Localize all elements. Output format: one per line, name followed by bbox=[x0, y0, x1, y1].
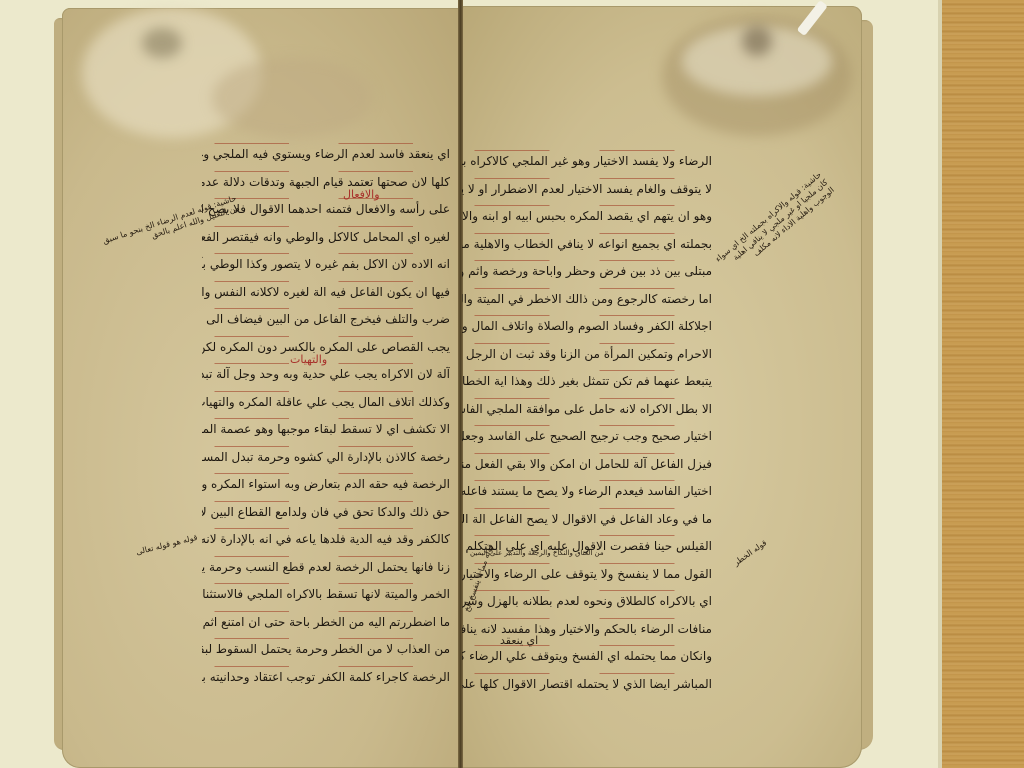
text-line: لا يتوقف والغام يفسد الاختيار لعدم الاضط… bbox=[462, 178, 712, 206]
text-line: اختيار صحيح وجب ترجيح الصحيح على الفاسد … bbox=[462, 425, 712, 453]
text-line: اي بالاكراه كالطلاق ونحوه لعدم بطلانه با… bbox=[462, 590, 712, 618]
closing-phrase: اي ينعقد bbox=[500, 636, 538, 646]
wooden-table-surface bbox=[942, 0, 1024, 768]
text-line: اي ينعقد فاسد لعدم الرضاء ويستوي فيه الم… bbox=[202, 143, 450, 171]
text-line: مبتلى بين ذد بين فرض وحظر واباحة ورخصة و… bbox=[462, 260, 712, 288]
text-line: القول مما لا ينفسخ ولا يتوقف على الرضاء … bbox=[462, 563, 712, 591]
foxing-stain bbox=[212, 58, 372, 138]
text-line: الا بطل الاكراه لانه حامل على موافقة الم… bbox=[462, 398, 712, 426]
text-line: من العذاب لا من الخطر وحرمة يحتمل السقوط… bbox=[202, 638, 450, 666]
text-line: كلها لان صحتها تعتمد قيام الجبهة وتدقات … bbox=[202, 171, 450, 199]
text-line: ما في وعاد الفاعل في الاقوال لا يصح الفا… bbox=[462, 508, 712, 536]
text-line: وانكان مما يحتمله اي الفسخ ويتوقف علي ال… bbox=[462, 645, 712, 673]
text-line: اختيار الفاسد فيعدم الرضاء ولا يصح ما يس… bbox=[462, 480, 712, 508]
text-line: الا تكشف اي لا تسقط لبقاء موجبها وهو عصم… bbox=[202, 418, 450, 446]
text-line: وكذلك اتلاف المال يجب علي عاقلة المكره و… bbox=[202, 391, 450, 419]
rubric-word: والتهيات bbox=[290, 355, 327, 365]
text-line: ما اضطررتم اليه من الخطر باحة حتى ان امت… bbox=[202, 611, 450, 639]
text-line: لغيره اي المحامل كالاكل والوطي وانه فيقت… bbox=[202, 226, 450, 254]
right-page-text: الرضاء ولا يفسد الاختيار وهو غير الملجي … bbox=[462, 150, 712, 700]
text-line: وهو ان يتهم اي يقصد المكره بحبس ابيه او … bbox=[462, 205, 712, 233]
text-line: الرضاء ولا يفسد الاختيار وهو غير الملجي … bbox=[462, 150, 712, 178]
text-line: بجملته اي بجميع انواعه لا ينافي الخطاب و… bbox=[462, 233, 712, 261]
water-stain bbox=[742, 26, 772, 56]
text-line: آلة لان الاكراه يجب علي حدية وبه وحد وجل… bbox=[202, 363, 450, 391]
text-line: المباشر ايضا الذي لا يحتمله اقتصار الاقو… bbox=[462, 673, 712, 701]
text-line: ضرب والتلف فيخرج الفاعل من البين فيضاف ا… bbox=[202, 308, 450, 336]
text-line: زنا فانها يحتمل الرخصة لعدم قطع النسب وح… bbox=[202, 556, 450, 584]
text-line: الرخصة فيه حقه الدم بتعارض وبه استواء ال… bbox=[202, 473, 450, 501]
left-page-text: اي ينعقد فاسد لعدم الرضاء ويستوي فيه الم… bbox=[202, 143, 450, 693]
text-line: الخمر والميتة لانها تسقط بالاكراه الملجي… bbox=[202, 583, 450, 611]
text-line: انه الاده لان الاكل بفم غيره لا يتصور وك… bbox=[202, 253, 450, 281]
text-line: يتبعط عنهما فم تكن تتمثل بغير ذلك وهذا ا… bbox=[462, 370, 712, 398]
rubric-word: والافعال bbox=[343, 190, 380, 200]
text-line: فيها ان يكون الفاعل فيه الة لغيره لاكلان… bbox=[202, 281, 450, 309]
text-line: كالكفر وقد فيه الدية فلدها ياعه في انه ب… bbox=[202, 528, 450, 556]
text-line: حق ذلك والدكا تحق في فان ولدامع القطاع ا… bbox=[202, 501, 450, 529]
text-line: اما رخصته كالرجوع ومن ذالك الاخطر في الم… bbox=[462, 288, 712, 316]
text-line: الاحرام وتمكين المرأة من الزنا وقد ثبت ا… bbox=[462, 343, 712, 371]
text-line: الرخصة كاجراء كلمة الكفر توجب اعتقاد وحد… bbox=[202, 666, 450, 694]
water-stain bbox=[142, 28, 182, 58]
text-line: اجلاكلة الكفر وفساد الصوم والصلاة واتلاف… bbox=[462, 315, 712, 343]
text-line: رخصة كالاذن بالإدارة الي كشوه وحرمة تبدل… bbox=[202, 446, 450, 474]
text-line: فيزل الفاعل آلة للحامل ان امكن والا بقي … bbox=[462, 453, 712, 481]
